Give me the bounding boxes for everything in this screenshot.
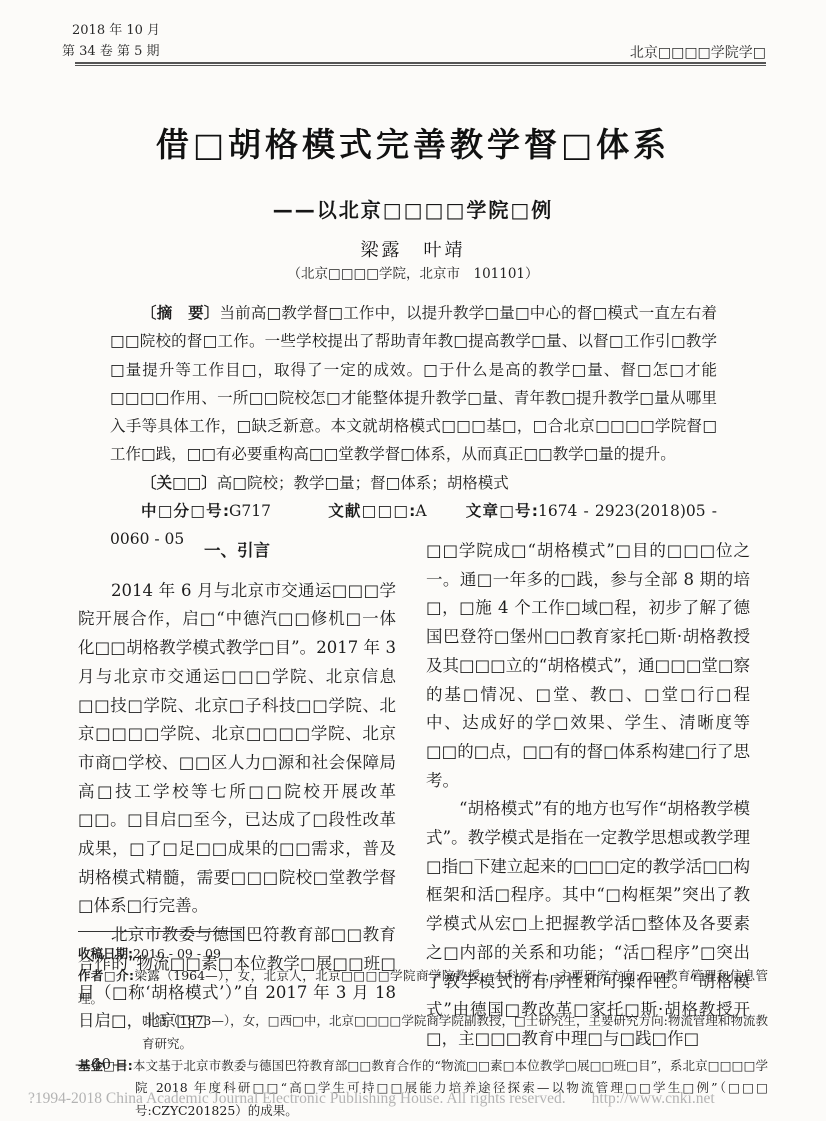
abstract-label: 〔摘 要〕 <box>141 304 219 322</box>
article-id-label: 文章□号: <box>465 502 538 520</box>
author-bio-label: 作者□介: <box>78 968 134 983</box>
clc-label: 中□分□号: <box>141 502 229 520</box>
received-date-label: 收稿日期: <box>78 946 133 961</box>
cnki-url: http://www.cnki.net <box>592 1090 715 1107</box>
abstract-paragraph: 〔摘 要〕当前高□教学督□工作中，以提升教学□量□中心的督□模式一直左右着□□院… <box>110 299 717 469</box>
keywords-text: 高□院校；教学□量；督□体系；胡格模式 <box>217 474 509 492</box>
header-issue-block: 2018 年 10 月 第 34 卷 第 5 期 <box>62 20 160 62</box>
journal-name: 北京□□□□学院学□ <box>630 42 766 62</box>
received-date-line: 收稿日期:2016 - 09 - 09 <box>78 943 768 965</box>
doc-code-segment: 文献□□□:A <box>327 502 427 520</box>
abstract-block: 〔摘 要〕当前高□教学督□工作中，以提升教学□量□中心的督□模式一直左右着□□院… <box>110 299 717 554</box>
footnote-rule <box>78 931 241 932</box>
clc-segment: 中□分□号:G717 <box>141 502 271 520</box>
left-column-paragraph-1: 2014 年 6 月与北京市交通运□□□学院开展合作，启□“中德汽□□修机□一体… <box>78 577 396 921</box>
journal-page: 2018 年 10 月 第 34 卷 第 5 期 北京□□□□学院学□ 借□胡格… <box>0 0 826 1121</box>
page-number: —60— <box>75 1055 128 1073</box>
keywords-line: 〔关□□〕高□院校；教学□量；督□体系；胡格模式 <box>110 469 717 497</box>
doc-code-value: A <box>415 502 426 520</box>
header-double-rule <box>75 62 766 66</box>
abstract-text: 当前高□教学督□工作中，以提升教学□量□中心的督□模式一直左右着□□院校的督□工… <box>110 304 717 463</box>
affiliation: （北京□□□□学院，北京市 101101） <box>0 262 826 282</box>
header-volume-issue: 第 34 卷 第 5 期 <box>62 41 160 62</box>
author-bio-line-1: 作者□介:梁露（1964—），女，北京人，北京□□□□学院商学院教授，本科学士，… <box>78 965 768 1010</box>
copyright-text: ?1994-2018 China Academic Journal Electr… <box>28 1090 566 1107</box>
author-bio-1-text: 梁露（1964—），女，北京人，北京□□□□学院商学院教授，本科学士，主要研究方… <box>78 968 768 1005</box>
clc-value: G717 <box>229 502 271 520</box>
author-bio-line-2: 叶靖（1973—），女，□西□中，北京□□□□学院商学院副教授，□士研究生，主要… <box>78 1010 768 1055</box>
article-subtitle: ——以北京□□□□学院□例 <box>0 194 826 223</box>
fund-project-line: 基金□目:本文基于北京市教委与德国巴符教育部□□教育合作的“物流□□素□本位教学… <box>78 1055 768 1121</box>
authors: 梁露 叶靖 <box>0 236 826 262</box>
doc-code-label: 文献□□□: <box>327 502 415 520</box>
keywords-label: 〔关□□〕 <box>141 474 217 492</box>
fund-project-text: 本文基于北京市教委与德国巴符教育部□□教育合作的“物流□□素□本位教学□展□□班… <box>133 1058 768 1118</box>
cnki-watermark: ?1994-2018 China Academic Journal Electr… <box>28 1090 808 1108</box>
right-column-paragraph-1: □□学院成□“胡格模式”□目的□□□位之一。通□一年多的□践，参与全部 8 期的… <box>426 537 750 795</box>
received-date-value: 2016 - 09 - 09 <box>133 946 221 961</box>
article-title: 借□胡格模式完善教学督□体系 <box>0 119 826 166</box>
header-date: 2018 年 10 月 <box>62 20 160 41</box>
section-heading-introduction: 一、引言 <box>78 537 396 566</box>
